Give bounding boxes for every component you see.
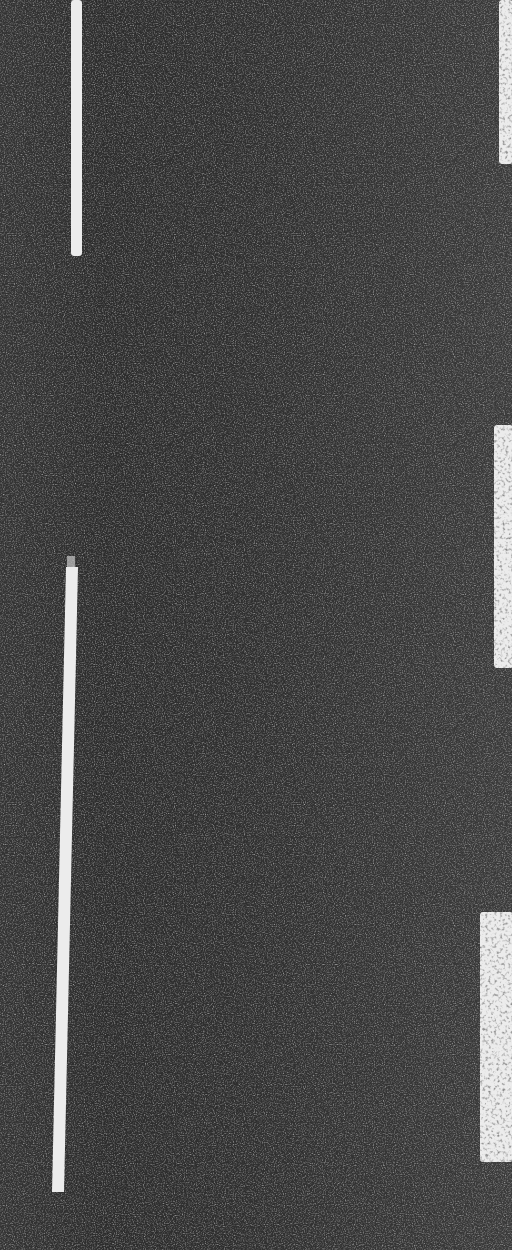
lane-line-upper [71, 0, 82, 256]
road-surface [0, 0, 512, 1250]
asphalt-texture [0, 0, 512, 1250]
